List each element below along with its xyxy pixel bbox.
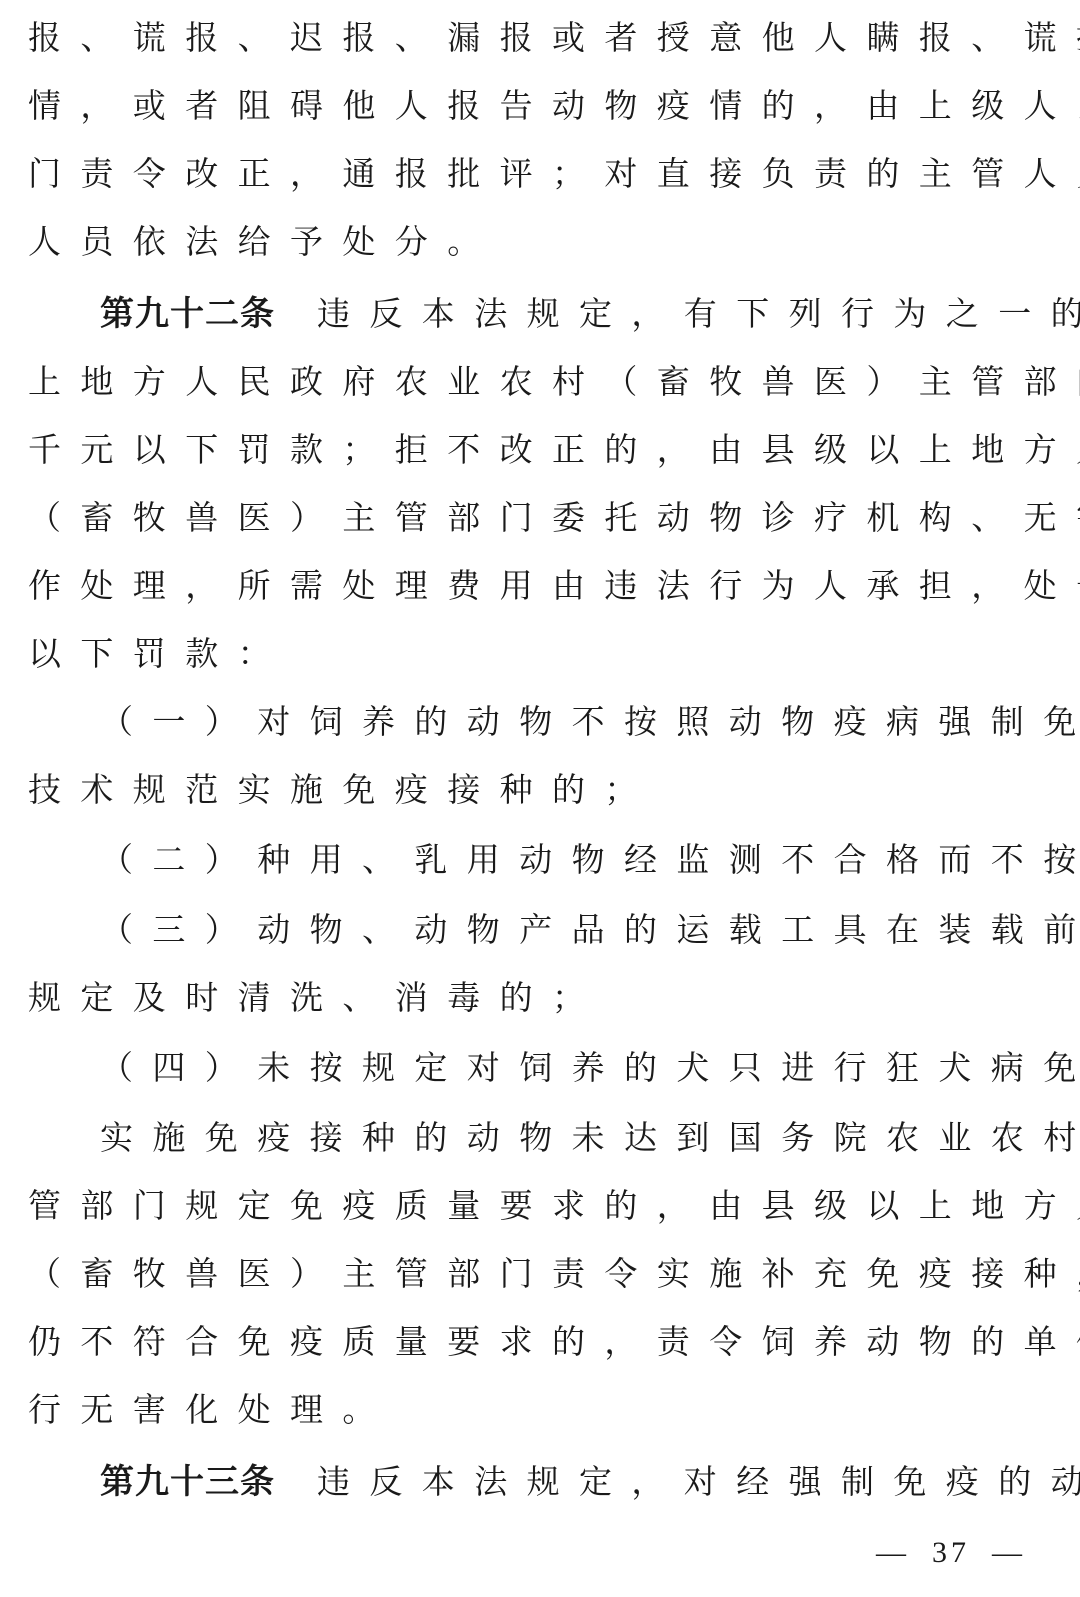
page-number-footer: —37— xyxy=(876,1533,1026,1573)
paragraph-first-line: 实施免疫接种的动物未达到国务院农业农村（畜牧兽医）主 xyxy=(100,1104,1080,1172)
text-line: （畜牧兽医）主管部门委托动物诊疗机构、无害化处理场所等代 xyxy=(28,484,1080,552)
text-line: 仍不符合免疫质量要求的，责令饲养动物的单位和个人对动物进 xyxy=(28,1308,1080,1376)
text-line: 技术规范实施免疫接种的； xyxy=(28,756,657,824)
list-item-1: （一）对饲养的动物不按照动物疫病强制免疫计划或者免疫 xyxy=(100,688,1080,756)
text-line: 人员依法给予处分。 xyxy=(28,208,500,276)
text-line: 管部门规定免疫质量要求的，由县级以上地方人民政府农业农村 xyxy=(28,1172,1080,1240)
article-92-first-line: 第九十二条违反本法规定，有下列行为之一的，由县级以 xyxy=(100,280,1080,348)
article-heading: 第九十三条 xyxy=(100,1462,275,1502)
dash-right: — xyxy=(992,1536,1026,1569)
text-line: 行无害化处理。 xyxy=(28,1376,395,1444)
text-line: 报、谎报、迟报、漏报或者授意他人瞒报、谎报、迟报动物疫 xyxy=(28,4,1080,72)
article-heading: 第九十二条 xyxy=(100,294,275,334)
article-93-first-line: 第九十三条违反本法规定，对经强制免疫的动物未按照国 xyxy=(100,1448,1080,1516)
text-line: 作处理，所需处理费用由违法行为人承担，处一千元以上五千元 xyxy=(28,552,1080,620)
page-number: 37 xyxy=(932,1536,970,1569)
text-line: 情，或者阻碍他人报告动物疫情的，由上级人民政府或者有关部 xyxy=(28,72,1080,140)
text-line: 以下罚款： xyxy=(28,620,290,688)
text-line: 上地方人民政府农业农村（畜牧兽医）主管部门责令改正，处一 xyxy=(28,348,1080,416)
list-item-3: （三）动物、动物产品的运载工具在装载前和卸载后没有按 xyxy=(100,896,1080,964)
text-span: 违反本法规定，有下列行为之一的，由县级以 xyxy=(317,294,1080,333)
text-line: （畜牧兽医）主管部门责令实施补充免疫接种，补充免疫接种后 xyxy=(28,1240,1080,1308)
text-line: 门责令改正，通报批评；对直接负责的主管人员和其他直接责任 xyxy=(28,140,1080,208)
text-span: 违反本法规定，对经强制免疫的动物未按照国 xyxy=(317,1462,1080,1501)
dash-left: — xyxy=(876,1536,910,1569)
text-line: 规定及时清洗、消毒的； xyxy=(28,964,604,1032)
list-item-2: （二）种用、乳用动物经监测不合格而不按照规定处理的； xyxy=(100,826,1080,894)
list-item-4: （四）未按规定对饲养的犬只进行狂犬病免疫接种的。 xyxy=(100,1034,1080,1102)
text-line: 千元以下罚款；拒不改正的，由县级以上地方人民政府农业农村 xyxy=(28,416,1080,484)
